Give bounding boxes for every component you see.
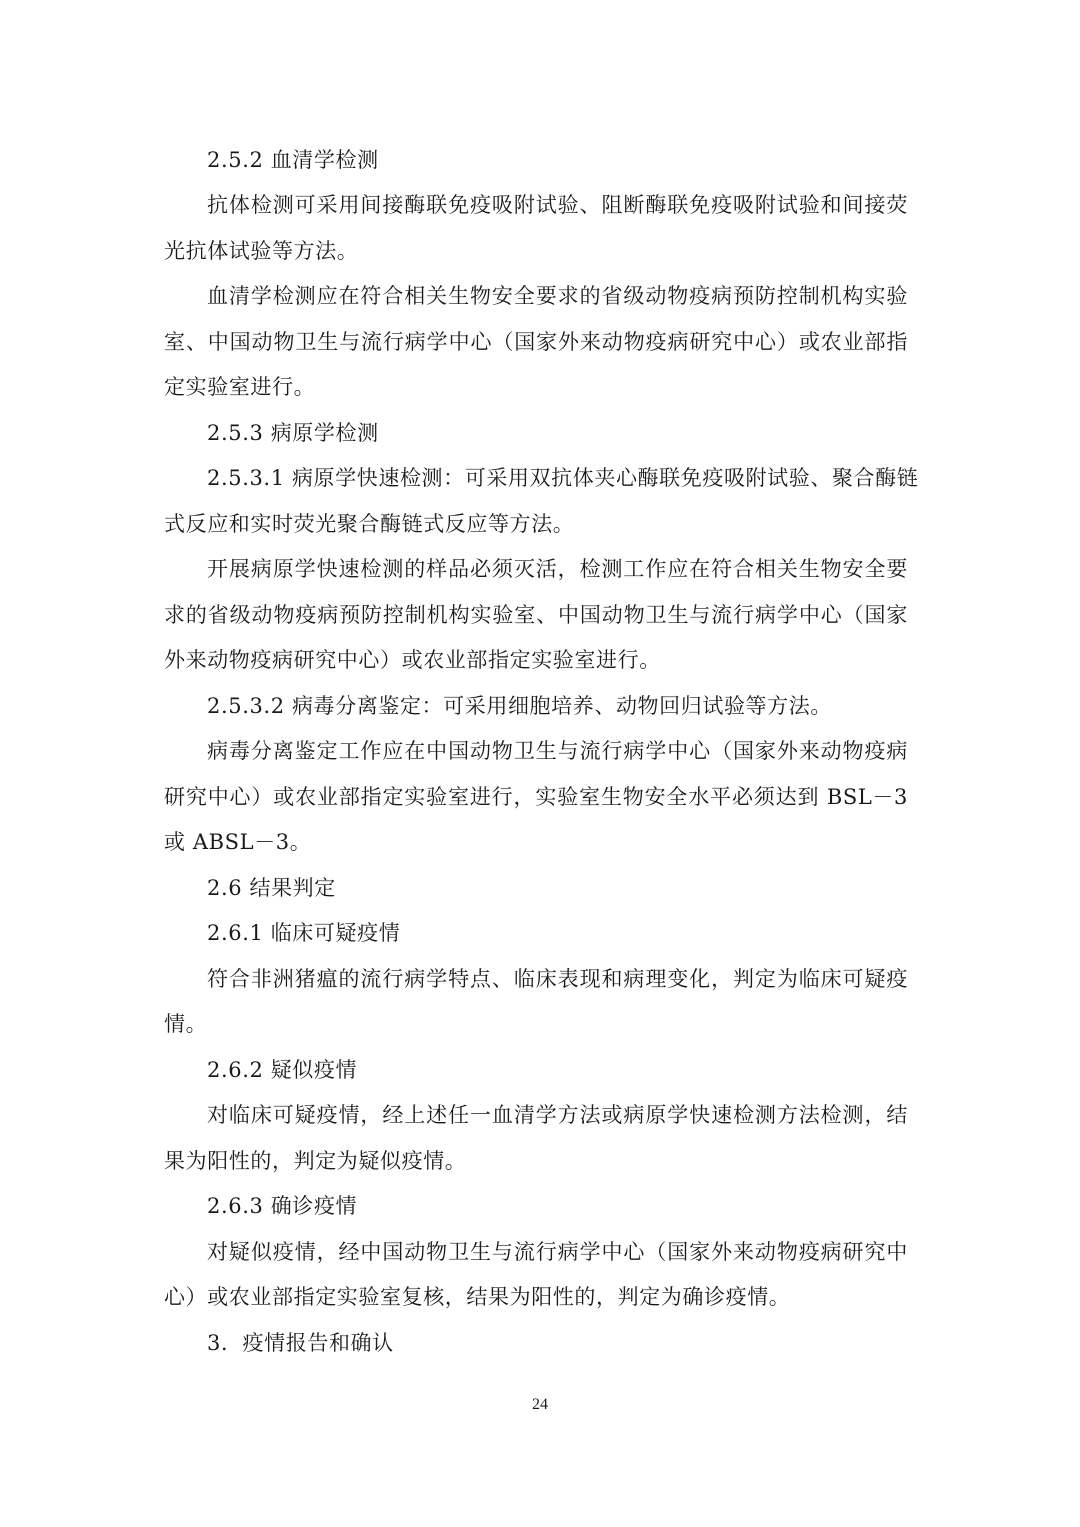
section-heading-3: 3．疫情报告和确认 bbox=[207, 1325, 394, 1361]
paragraph-line: 研究中心）或农业部指定实验室进行，实验室生物安全水平必须达到 BSL－3 bbox=[164, 779, 908, 815]
paragraph-line: 室、中国动物卫生与流行病学中心（国家外来动物疫病研究中心）或农业部指 bbox=[164, 324, 908, 360]
paragraph-line: 血清学检测应在符合相关生物安全要求的省级动物疫病预防控制机构实验 bbox=[207, 278, 908, 314]
section-heading-2-5-3-2: 2.5.3.2 病毒分离鉴定：可采用细胞培养、动物回归试验等方法。 bbox=[207, 688, 832, 724]
paragraph-line: 式反应和实时荧光聚合酶链式反应等方法。 bbox=[164, 506, 574, 542]
paragraph-line: 对临床可疑疫情，经上述任一血清学方法或病原学快速检测方法检测，结 bbox=[207, 1097, 908, 1133]
paragraph-line: 求的省级动物疫病预防控制机构实验室、中国动物卫生与流行病学中心（国家 bbox=[164, 597, 908, 633]
section-heading-2-6-3: 2.6.3 确诊疫情 bbox=[207, 1188, 357, 1224]
paragraph-line: 抗体检测可采用间接酶联免疫吸附试验、阻断酶联免疫吸附试验和间接荧 bbox=[207, 187, 908, 223]
paragraph-line: 或 ABSL－3。 bbox=[164, 824, 311, 860]
section-heading-2-5-3: 2.5.3 病原学检测 bbox=[207, 415, 379, 451]
paragraph-line: 开展病原学快速检测的样品必须灭活，检测工作应在符合相关生物安全要 bbox=[207, 551, 908, 587]
paragraph-line: 情。 bbox=[164, 1006, 207, 1042]
paragraph-line: 定实验室进行。 bbox=[164, 369, 315, 405]
paragraph-line: 病毒分离鉴定工作应在中国动物卫生与流行病学中心（国家外来动物疫病 bbox=[207, 733, 908, 769]
page-number: 24 bbox=[0, 1396, 1080, 1414]
paragraph-line: 心）或农业部指定实验室复核，结果为阳性的，判定为确诊疫情。 bbox=[164, 1279, 790, 1315]
section-heading-2-6-2: 2.6.2 疑似疫情 bbox=[207, 1052, 357, 1088]
paragraph-line: 外来动物疫病研究中心）或农业部指定实验室进行。 bbox=[164, 642, 661, 678]
paragraph-line: 2.5.3.1 病原学快速检测：可采用双抗体夹心酶联免疫吸附试验、聚合酶链 bbox=[207, 460, 908, 496]
paragraph-line: 光抗体试验等方法。 bbox=[164, 233, 358, 269]
paragraph-line: 符合非洲猪瘟的流行病学特点、临床表现和病理变化，判定为临床可疑疫 bbox=[207, 961, 908, 997]
paragraph-line: 果为阳性的，判定为疑似疫情。 bbox=[164, 1143, 466, 1179]
section-heading-2-6: 2.6 结果判定 bbox=[207, 870, 336, 906]
section-heading-2-6-1: 2.6.1 临床可疑疫情 bbox=[207, 915, 400, 951]
paragraph-line: 对疑似疫情，经中国动物卫生与流行病学中心（国家外来动物疫病研究中 bbox=[207, 1234, 908, 1270]
section-heading-2-5-2: 2.5.2 血清学检测 bbox=[207, 142, 379, 178]
